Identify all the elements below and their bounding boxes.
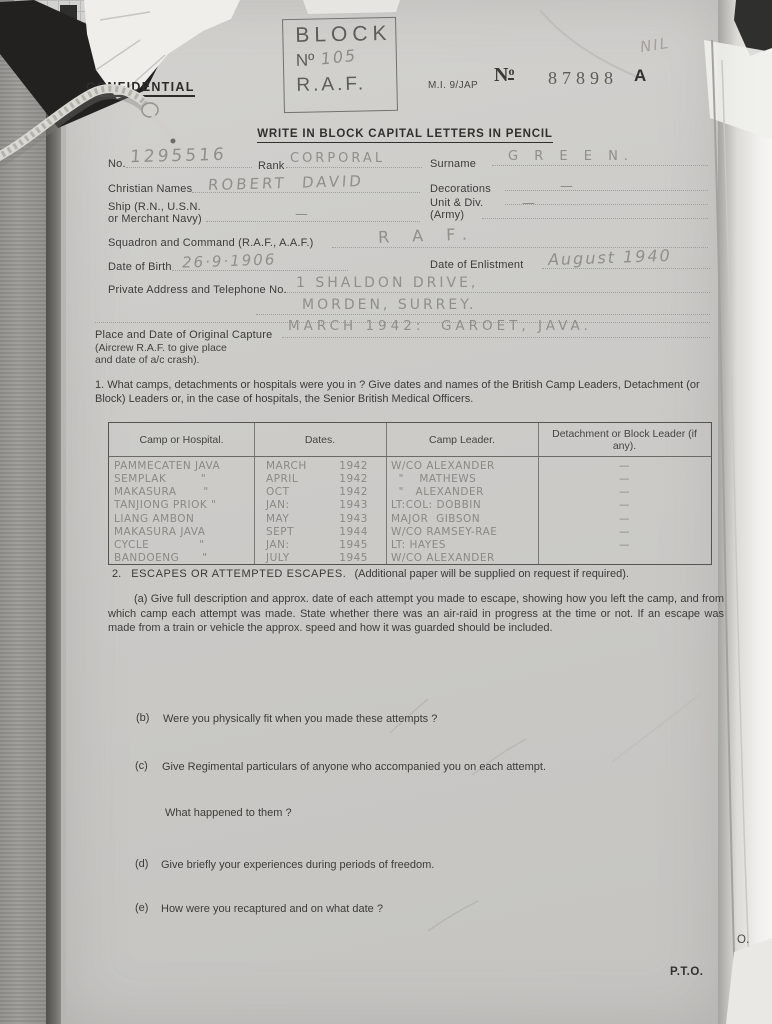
stamp-line2: Nº105	[296, 49, 396, 71]
dates-cell: MARCH1942	[254, 460, 386, 473]
desk-dark-square	[60, 5, 77, 21]
address-label: Private Address and Telephone No.	[108, 284, 287, 296]
header-dates: Dates.	[254, 434, 386, 446]
question-2e: How were you recaptured and on what date…	[161, 902, 383, 916]
dates-cell: APRIL1942	[254, 473, 386, 486]
table-row: CYCLE " JAN:1945 LT: HAYES —	[109, 539, 711, 552]
header-detachment: Detachment or Block Leader (if any).	[538, 428, 711, 452]
serial-dept-label: M.I. 9/JAP	[428, 80, 478, 91]
date-year: 1945	[339, 552, 368, 565]
camp-cell: MAKASURA "	[109, 486, 254, 499]
question-2e-letter: (e)	[135, 902, 148, 914]
section-2-number: 2.	[112, 568, 121, 580]
header-leader: Camp Leader.	[386, 434, 538, 446]
leader-cell: LT: HAYES	[386, 539, 538, 552]
ship-label-line1: Ship (R.N., U.S.N.	[108, 201, 201, 213]
surname-value: G R E E N.	[508, 149, 634, 164]
date-month: MARCH	[266, 460, 307, 473]
dotted-line	[505, 190, 708, 191]
scanned-pow-form-photo: { "header": { "confidential": "CONFIDENT…	[0, 0, 772, 1024]
dotted-line	[206, 221, 420, 222]
camp-cell: BANDOENG "	[109, 552, 254, 565]
dotted-line	[482, 218, 708, 219]
leader-cell: LT:COL: DOBBIN	[386, 499, 538, 512]
camp-cell: SEMPLAK "	[109, 473, 254, 486]
question-2c2: What happened to them ?	[165, 806, 292, 820]
camp-table: Camp or Hospital. Dates. Camp Leader. De…	[108, 422, 712, 565]
header-camp: Camp or Hospital.	[109, 434, 254, 446]
date-year: 1942	[339, 486, 368, 499]
confidential-label: CONFIDENTIAL	[86, 80, 195, 97]
stamp-line1: BLOCK	[295, 22, 395, 48]
table-row: MAKASURA JAVA SEPT1944 W/CO RAMSEY-RAE —	[109, 526, 711, 539]
camp-cell: TANJIONG PRIOK "	[109, 499, 254, 512]
camp-cell: LIANG AMBON	[109, 513, 254, 526]
date-year: 1942	[339, 473, 368, 486]
unit-div-label-line1: Unit & Div.	[430, 197, 483, 209]
dotted-line	[286, 167, 422, 168]
pto-label: P.T.O.	[670, 966, 703, 978]
backing-pages	[718, 0, 772, 1024]
table-row: SEMPLAK " APRIL1942 " MATHEWS —	[109, 473, 711, 486]
date-of-birth-label: Date of Birth	[108, 261, 172, 273]
dotted-line	[284, 292, 710, 293]
decorations-label: Decorations	[430, 183, 491, 195]
table-row: LIANG AMBON MAY1943 MAJOR GIBSON —	[109, 513, 711, 526]
table-row: PAMMECATEN JAVA MARCH1942 W/CO ALEXANDER…	[109, 460, 711, 473]
date-year: 1943	[339, 513, 368, 526]
dotted-line	[505, 204, 708, 205]
unit-div-label-line2: (Army)	[430, 209, 464, 221]
capture-note-line1: (Aircrew R.A.F. to give place	[95, 342, 227, 354]
table-row: MAKASURA " OCT1942 " ALEXANDER —	[109, 486, 711, 499]
section-2-note: (Additional paper will be supplied on re…	[354, 568, 629, 580]
christian-names-label: Christian Names	[108, 183, 192, 195]
leader-cell: " ALEXANDER	[386, 486, 538, 499]
squadron-value: R A F.	[378, 224, 477, 246]
ship-label-line2: or Merchant Navy)	[108, 213, 202, 225]
spine-shadow-gap	[46, 0, 61, 1024]
no-label: No.	[108, 158, 126, 170]
serial-suffix: A	[634, 66, 646, 86]
date-month: SEPT	[266, 526, 294, 539]
section-2-heading: 2.ESCAPES OR ATTEMPTED ESCAPES.(Addition…	[112, 568, 629, 580]
leader-cell: W/CO RAMSEY-RAE	[386, 526, 538, 539]
date-month: MAY	[266, 513, 289, 526]
serial-o-sup: o	[508, 64, 514, 80]
address-value-line2: MORDEN, SURREY.	[302, 297, 476, 313]
dates-cell: JAN:1945	[254, 539, 386, 552]
detachment-cell: —	[538, 460, 711, 473]
block-stamp: BLOCK Nº105 R.A.F.	[282, 17, 398, 113]
serial-no-symbol: No	[494, 64, 514, 87]
dotted-line	[492, 165, 708, 166]
table-row: TANJIONG PRIOK " JAN:1943 LT:COL: DOBBIN…	[109, 499, 711, 512]
date-month: OCT	[266, 486, 290, 499]
detachment-cell: —	[538, 513, 711, 526]
date-year: 1943	[339, 499, 368, 512]
detachment-cell: —	[538, 486, 711, 499]
question-2d: Give briefly your experiences during per…	[161, 858, 434, 872]
dates-cell: OCT1942	[254, 486, 386, 499]
question-2d-letter: (d)	[135, 858, 148, 870]
leader-cell: " MATHEWS	[386, 473, 538, 486]
question-1: 1. What camps, detachments or hospitals …	[95, 378, 717, 406]
question-2c-letter: (c)	[135, 760, 148, 772]
date-month: APRIL	[266, 473, 298, 486]
squadron-label: Squadron and Command (R.A.F., A.A.F.)	[108, 237, 314, 249]
leader-cell: MAJOR GIBSON	[386, 513, 538, 526]
question-2b: Were you physically fit when you made th…	[163, 712, 437, 726]
dotted-line	[256, 314, 710, 315]
camp-cell: PAMMECATEN JAVA	[109, 460, 254, 473]
leader-cell: W/CO ALEXANDER	[386, 552, 538, 565]
date-year: 1945	[339, 539, 368, 552]
dotted-line	[282, 337, 710, 338]
decorations-value: —	[560, 179, 573, 194]
date-year: 1944	[339, 526, 368, 539]
leader-cell: W/CO ALEXANDER	[386, 460, 538, 473]
camp-cell: MAKASURA JAVA	[109, 526, 254, 539]
address-value-line1: 1 SHALDON DRIVE,	[296, 275, 478, 291]
stamp-block-number: 105	[319, 46, 357, 69]
section-2-title: ESCAPES OR ATTEMPTED ESCAPES.	[131, 568, 346, 580]
capture-label: Place and Date of Original Capture	[95, 329, 272, 341]
stamp-no-symbol: Nº	[296, 51, 315, 70]
question-2a: (a) Give full description and approx. da…	[108, 592, 724, 636]
instruction-heading-wrap: WRITE IN BLOCK CAPITAL LETTERS IN PENCIL	[95, 124, 715, 143]
edge-page-text: O.	[737, 934, 749, 946]
detachment-cell: —	[538, 473, 711, 486]
rank-label: Rank	[258, 160, 284, 172]
dates-cell: JULY1945	[254, 552, 386, 565]
detachment-cell: —	[538, 539, 711, 552]
capture-value: MARCH 1942: GAROET, JAVA.	[288, 318, 592, 334]
date-month: JAN:	[266, 539, 290, 552]
dates-cell: MAY1943	[254, 513, 386, 526]
stamp-line3: R.A.F.	[296, 73, 396, 97]
no-value: 1295516	[129, 145, 227, 168]
ship-value: —	[295, 207, 308, 222]
date-month: JULY	[266, 552, 290, 565]
table-header-row: Camp or Hospital. Dates. Camp Leader. De…	[109, 423, 711, 457]
dates-cell: SEPT1944	[254, 526, 386, 539]
unit-div-value: —	[522, 196, 535, 211]
book-spine	[0, 0, 46, 1024]
serial-n: N	[494, 64, 508, 86]
date-year: 1942	[339, 460, 368, 473]
capture-note-line2: and date of a/c crash).	[95, 354, 199, 366]
dotted-line	[126, 167, 252, 168]
date-of-birth-value: 26·9·1906	[182, 250, 277, 271]
question-2b-letter: (b)	[136, 712, 149, 724]
camp-cell: CYCLE "	[109, 539, 254, 552]
serial-number: 87898	[548, 68, 618, 89]
rank-value: CORPORAL	[290, 151, 385, 166]
dates-cell: JAN:1943	[254, 499, 386, 512]
question-2c: Give Regimental particulars of anyone wh…	[162, 760, 546, 774]
instruction-heading: WRITE IN BLOCK CAPITAL LETTERS IN PENCIL	[257, 128, 552, 143]
date-month: JAN:	[266, 499, 290, 512]
detachment-cell: —	[538, 526, 711, 539]
enlistment-label: Date of Enlistment	[430, 259, 523, 271]
surname-label: Surname	[430, 158, 476, 170]
detachment-cell: —	[538, 499, 711, 512]
table-row: BANDOENG " JULY1945 W/CO ALEXANDER	[109, 552, 711, 565]
